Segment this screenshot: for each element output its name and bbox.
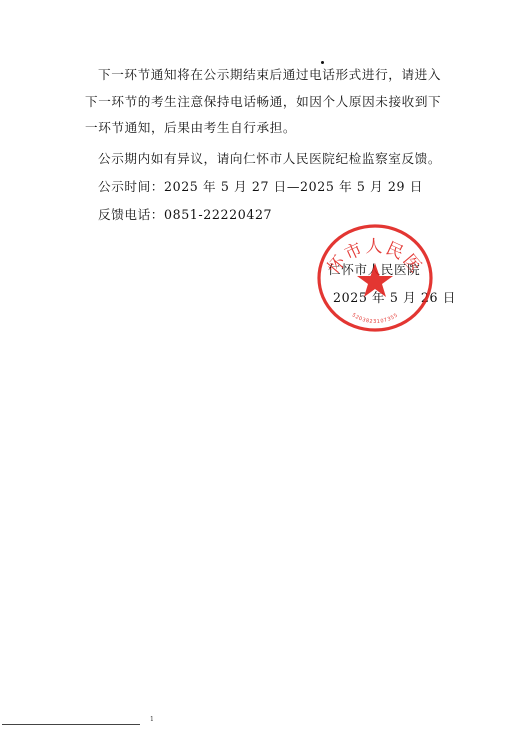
svg-text:5203823107355: 5203823107355 <box>351 312 400 325</box>
notice-paragraph: 下一环节通知将在公示期结束后通过电话形式进行，请进入下一环节的考生注意保持电话畅… <box>85 62 445 142</box>
official-seal-icon: 怀市人民医 5203823107355 <box>315 223 435 333</box>
objection-notice: 公示期内如有异议，请向仁怀市人民医院纪检监察室反馈。 <box>98 148 441 167</box>
footer-rule <box>2 724 140 725</box>
page-mark: 1 <box>150 716 154 723</box>
signature-date: 2025 年 5 月 26 日 <box>333 287 456 306</box>
publicity-period: 公示时间：2025 年 5 月 27 日—2025 年 5 月 29 日 <box>98 176 423 195</box>
signature-organization: 仁怀市人民医院 <box>328 259 420 278</box>
feedback-phone: 反馈电话：0851-22220427 <box>98 204 272 223</box>
